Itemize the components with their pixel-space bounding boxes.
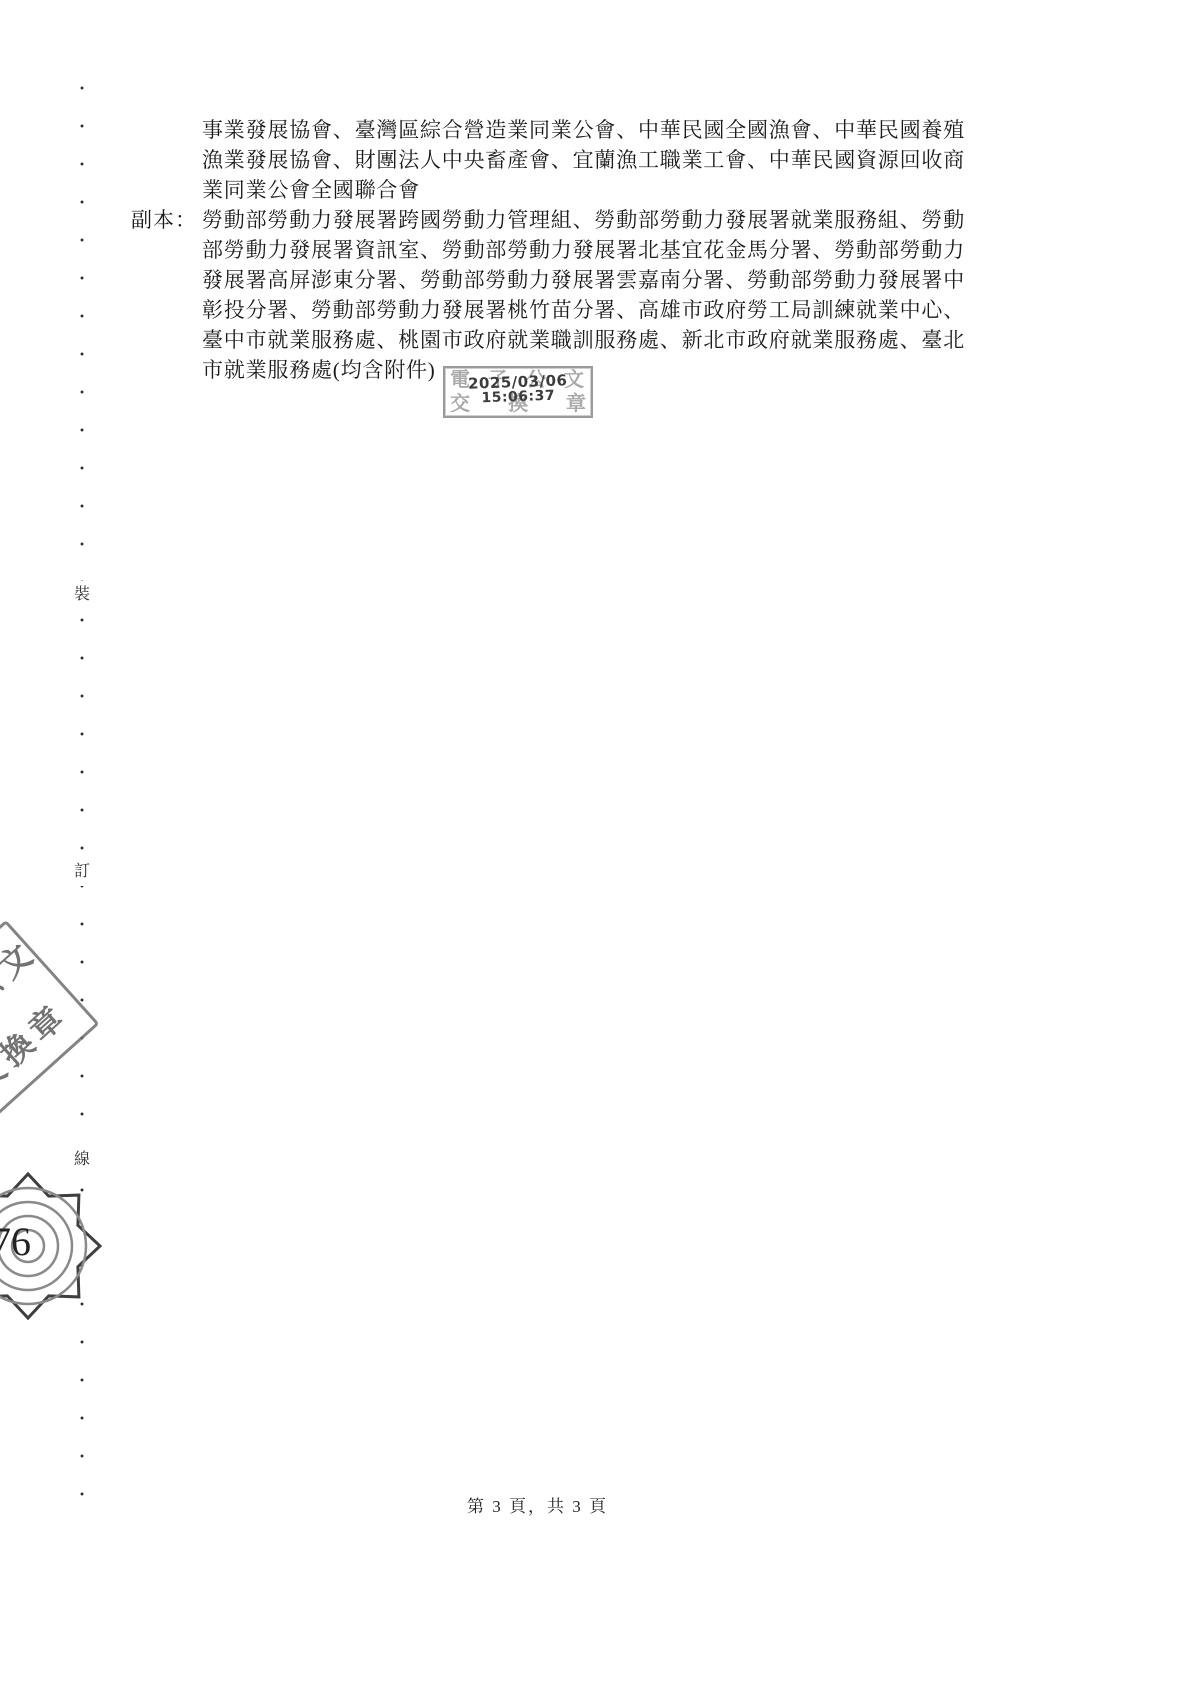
cc-line: 市就業服務處(均含附件) bbox=[202, 355, 1002, 385]
edge-rotated-stamp-row2: 交換章 bbox=[0, 995, 74, 1098]
document-page: 裝 訂 線 電子公文 交換章 76 副本： 事業發展協會、臺灣區綜合營造業同業公… bbox=[0, 0, 1200, 1696]
recipient-line: 漁業發展協會、財團法人中央畜產會、宜蘭漁工職業工會、中華民國資源回收商 bbox=[202, 145, 1002, 175]
recipient-line: 事業發展協會、臺灣區綜合營造業同業公會、中華民國全國漁會、中華民國養殖 bbox=[202, 115, 1002, 145]
cc-label: 副本： bbox=[131, 205, 197, 235]
rosette-seal: 76 bbox=[0, 1166, 108, 1326]
page-number-seal-text: 76 bbox=[0, 1218, 46, 1265]
page-footer: 第 3 頁，共 3 頁 bbox=[0, 1492, 1075, 1517]
cc-line: 發展署高屏澎東分署、勞動部勞動力發展署雲嘉南分署、勞動部勞動力發展署中 bbox=[202, 265, 1002, 295]
binding-char-ding: 訂 bbox=[72, 858, 92, 886]
document-text-block: 事業發展協會、臺灣區綜合營造業同業公會、中華民國全國漁會、中華民國養殖 漁業發展… bbox=[202, 115, 1002, 385]
binding-char-zhuang: 裝 bbox=[72, 581, 92, 609]
cc-line: 部勞動力發展署資訊室、勞動部勞動力發展署北基宜花金馬分署、勞動部勞動力 bbox=[202, 235, 1002, 265]
exchange-stamp-datetime: 2025/03/06 15:06:37 bbox=[445, 371, 592, 407]
electronic-exchange-stamp: 電子公文 交換章 2025/03/06 15:06:37 bbox=[443, 366, 593, 418]
cc-line: 勞動部勞動力發展署跨國勞動力管理組、勞動部勞動力發展署就業服務組、勞動 bbox=[202, 205, 1002, 235]
edge-rotated-exchange-stamp: 電子公文 交換章 bbox=[0, 920, 100, 1124]
cc-line: 臺中市就業服務處、桃園市政府就業職訓服務處、新北市政府就業服務處、臺北 bbox=[202, 325, 1002, 355]
cc-line: 彰投分署、勞動部勞動力發展署桃竹苗分署、高雄市政府勞工局訓練就業中心、 bbox=[202, 295, 1002, 325]
recipient-line: 業同業公會全國聯合會 bbox=[202, 175, 1002, 205]
